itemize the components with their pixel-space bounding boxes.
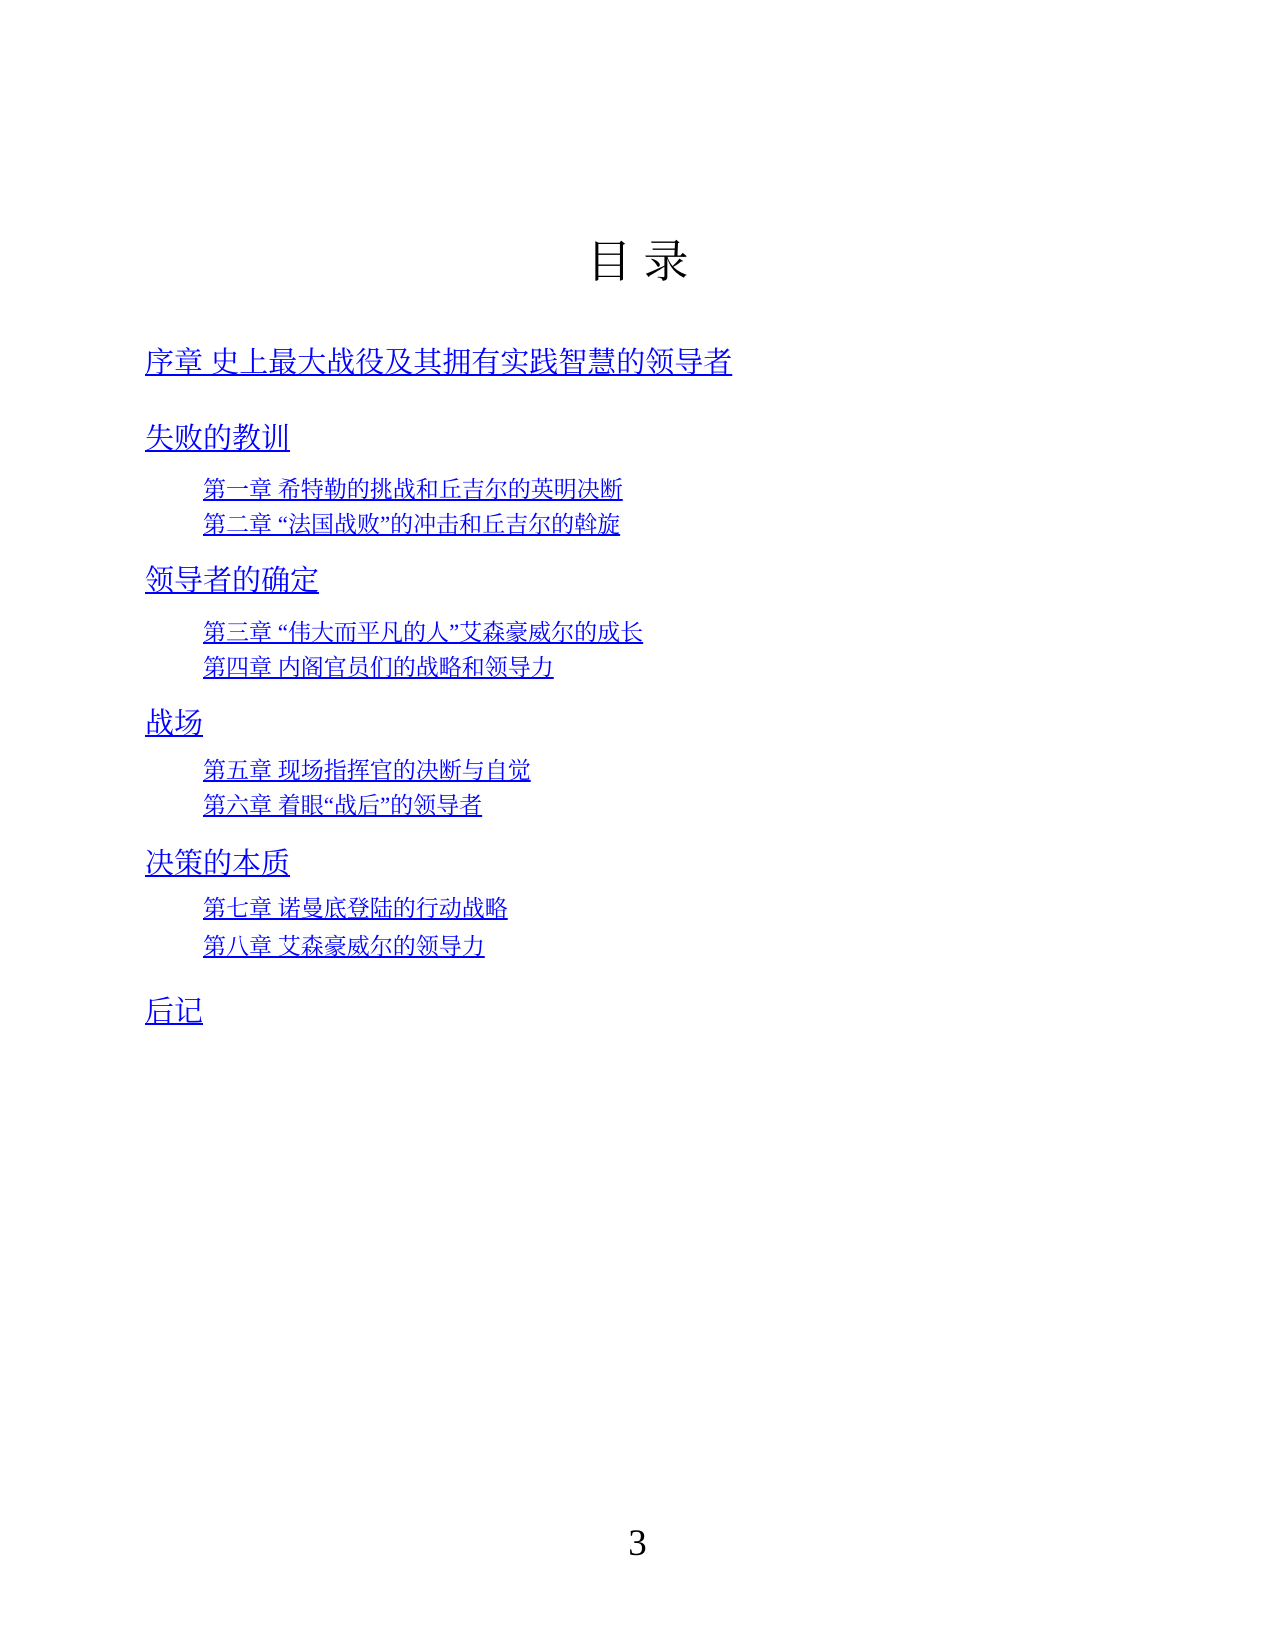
toc-entry-chapter-4[interactable]: 第四章 内阁官员们的战略和领导力 — [203, 650, 554, 685]
toc-entry-part-1[interactable]: 失败的教训 — [145, 421, 290, 457]
toc-entry-chapter-5[interactable]: 第五章 现场指挥官的决断与自觉 — [203, 753, 531, 788]
toc-entry-part-4[interactable]: 决策的本质 — [145, 846, 290, 882]
toc-entry-part-2[interactable]: 领导者的确定 — [145, 563, 319, 599]
toc-entry-chapter-1[interactable]: 第一章 希特勒的挑战和丘吉尔的英明决断 — [203, 472, 623, 507]
toc-entry-chapter-2[interactable]: 第二章 “法国战败”的冲击和丘吉尔的斡旋 — [203, 507, 620, 542]
table-of-contents: 序章 史上最大战役及其拥有实践智慧的领导者 失败的教训 第一章 希特勒的挑战和丘… — [145, 345, 1155, 1030]
toc-page: 目录 序章 史上最大战役及其拥有实践智慧的领导者 失败的教训 第一章 希特勒的挑… — [0, 0, 1275, 1650]
toc-entry-chapter-8[interactable]: 第八章 艾森豪威尔的领导力 — [203, 929, 485, 964]
toc-entry-chapter-6[interactable]: 第六章 着眼“战后”的领导者 — [203, 788, 482, 823]
toc-entry-chapter-7[interactable]: 第七章 诺曼底登陆的行动战略 — [203, 891, 508, 926]
page-number: 3 — [0, 1524, 1275, 1564]
page-title: 目录 — [574, 232, 700, 292]
toc-entry-preface[interactable]: 序章 史上最大战役及其拥有实践智慧的领导者 — [145, 345, 732, 381]
toc-entry-chapter-3[interactable]: 第三章 “伟大而平凡的人”艾森豪威尔的成长 — [203, 615, 643, 650]
toc-entry-part-3[interactable]: 战场 — [145, 706, 203, 742]
toc-entry-afterword[interactable]: 后记 — [145, 994, 203, 1030]
